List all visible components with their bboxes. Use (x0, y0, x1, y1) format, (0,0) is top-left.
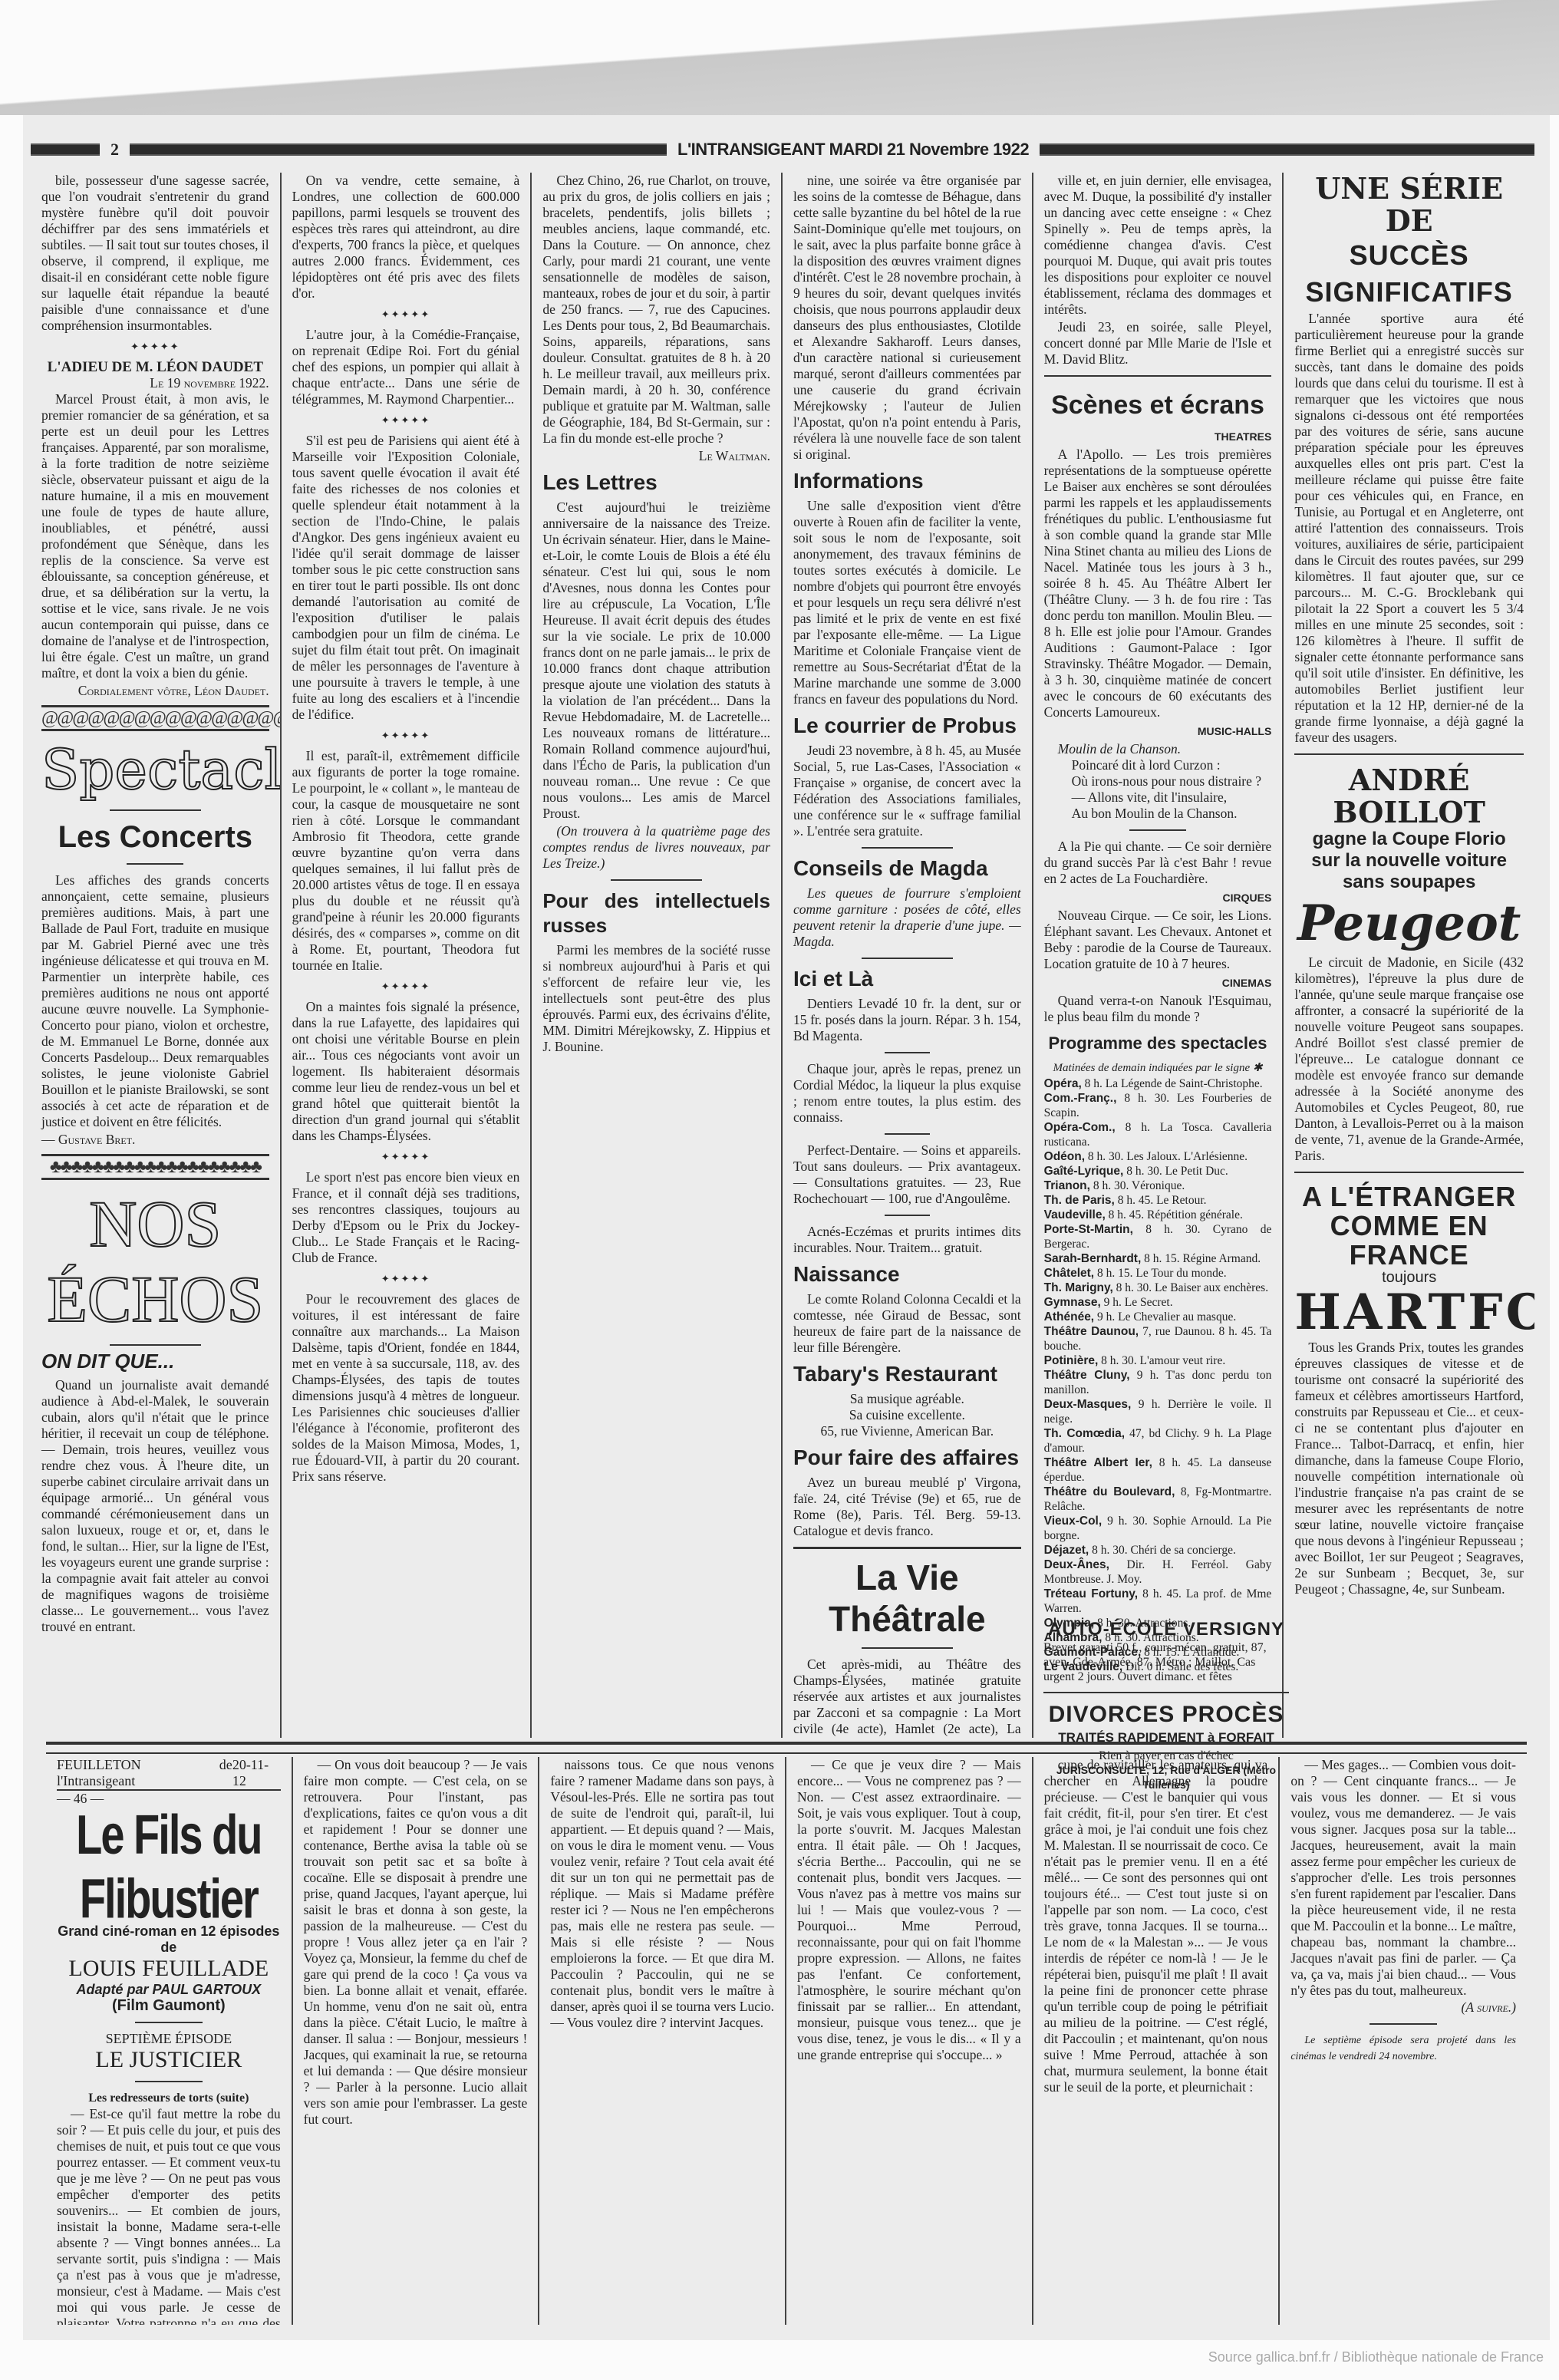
peugeot-logo: Peugeot (1294, 893, 1524, 954)
article-text: A la Pie qui chante. — Ce soir dernière … (1044, 839, 1272, 887)
separator: ✦✦✦✦✦ (292, 1271, 520, 1287)
ad-headline: DIVORCES PROCÈS (1043, 1703, 1289, 1727)
column-5: ville et, en juin dernier, elle envisage… (1033, 173, 1284, 1738)
venue-name: Théâtre du Boulevard, (1044, 1485, 1175, 1498)
to-be-continued: (A suivre.) (1290, 1999, 1516, 2016)
masthead-title: L'INTRANSIGEANT MARDI 21 Novembre 1922 (677, 140, 1029, 160)
serial-author: LOUIS FEUILLADE (57, 1956, 281, 1982)
divider (1129, 829, 1186, 831)
section-title-vie-theatrale: La Vie Théâtrale (793, 1557, 1021, 1640)
article-text: Nouveau Cirque. — Ce soir, les Lions. Él… (1044, 908, 1272, 972)
ornament-rule: @@@@@@@@@@@@@@@@ (41, 705, 269, 731)
venue-detail: 8 h. 15. Régine Armand. (1144, 1252, 1261, 1265)
serial-text: naissons tous. Ce que nous venons faire … (550, 1757, 774, 2031)
category-label: CIRQUES (1044, 890, 1272, 906)
venue-name: Gymnase, (1044, 1296, 1101, 1309)
venue-name: Gaîté-Lyrique, (1044, 1165, 1124, 1178)
subsection-title: ON DIT QUE... (41, 1353, 269, 1370)
main-columns: bile, possesseur d'une sagesse sacrée, q… (31, 173, 1534, 1738)
programme-listing: Deux-Ânes, Dir. H. Ferréol. Gaby Montbre… (1044, 1558, 1272, 1587)
article-text: Parmi les membres de la société russe si… (542, 942, 770, 1055)
article-text: ville et, en juin dernier, elle envisage… (1044, 173, 1272, 318)
venue-detail: 8 h. 30. Véronique. (1093, 1179, 1185, 1192)
programme-listing: Théâtre du Boulevard, 8, Fg-Montmartre. … (1044, 1485, 1272, 1514)
programme-listing: Porte-St-Martin, 8 h. 30. Cyrano de Berg… (1044, 1222, 1272, 1251)
ad-text: Le circuit de Madonie, en Sicile (432 ki… (1294, 954, 1524, 1164)
column-1: bile, possesseur d'une sagesse sacrée, q… (31, 173, 282, 1738)
programme-listing: Trianon, 8 h. 30. Véronique. (1044, 1178, 1272, 1193)
article-text: Le comte Roland Colonna Cecaldi et la co… (793, 1291, 1021, 1356)
article-text: Jeudi 23 novembre, à 8 h. 45, au Musée S… (793, 743, 1021, 839)
verse-line: — Allons vite, dit l'insulaire, (1044, 789, 1272, 806)
divider (1294, 1172, 1524, 1178)
venue-name: Opéra, (1044, 1077, 1082, 1090)
section-title-intellectuels: Pour des intellectuels russes (542, 888, 770, 938)
article-text: bile, possesseur d'une sagesse sacrée, q… (41, 173, 269, 334)
divider (1043, 1692, 1289, 1698)
serial-text: cupe de ravitailler les amateurs, qui va… (1044, 1757, 1268, 2095)
programme-listing: Th. Marigny, 8 h. 30. Le Baiser aux ench… (1044, 1281, 1272, 1295)
programme-listing: Th. Comœdia, 47, bd Clichy. 9 h. La Plag… (1044, 1426, 1272, 1455)
programme-listing: Com.-Franç., 8 h. 30. Les Fourberies de … (1044, 1091, 1272, 1120)
ad-text: Brevet garanti 50 f., cours mécan. gratu… (1043, 1640, 1289, 1684)
divider (1044, 375, 1272, 377)
divider (135, 2022, 202, 2023)
section-heading: L'ADIEU DE M. LÉON DAUDET (41, 359, 269, 375)
divider (885, 1133, 930, 1135)
ad-subline: sur la nouvelle voiture sans soupapes (1294, 850, 1524, 893)
masthead-rule (130, 143, 667, 156)
section-title-affaires: Pour faire des affaires (793, 1445, 1021, 1470)
programme-listing: Châtelet, 8 h. 15. Le Tour du monde. (1044, 1266, 1272, 1281)
venue-name: Déjazet, (1044, 1544, 1089, 1557)
ad-text: L'année sportive aura été particulièreme… (1294, 311, 1524, 746)
verse-line: Au bon Moulin de la Chanson. (1044, 806, 1272, 822)
masthead-rule (1040, 143, 1534, 156)
divider (110, 809, 201, 811)
programme-listing: Opéra-Com., 8 h. La Tosca. Cavalleria ru… (1044, 1120, 1272, 1149)
ad-headline: COMME EN FRANCE (1294, 1211, 1524, 1270)
divider (862, 847, 953, 849)
note: (On trouvera à la quatrième page des com… (542, 823, 770, 872)
article-text: Jeudi 23, en soirée, salle Pleyel, conce… (1044, 319, 1272, 368)
ad-headline: SUCCÈS SIGNIFICATIFS (1294, 237, 1524, 311)
chapter-title: Les redresseurs de torts (suite) (57, 2090, 281, 2106)
separator: ✦✦✦✦✦ (292, 727, 520, 743)
article-text: Quand verra-t-on Nanouk l'Esquimau, le p… (1044, 993, 1272, 1025)
venue-name: Odéon, (1044, 1150, 1085, 1163)
venue-detail: 8 h. La Légende de Saint-Christophe. (1085, 1077, 1263, 1090)
programme-listing: Théâtre Daunou, 7, rue Daunou. 8 h. 45. … (1044, 1324, 1272, 1353)
venue-detail: 9 h. Le Secret. (1104, 1296, 1173, 1309)
venue-name: Châtelet, (1044, 1267, 1094, 1280)
divider (885, 1215, 930, 1216)
venue-detail: 8 h. 30. Les Jaloux. L'Arlésienne. (1088, 1150, 1248, 1163)
verse-line: Où irons-nous pour nous distraire ? (1044, 773, 1272, 789)
venue-detail: 8 h. 45. Répétition générale. (1109, 1208, 1243, 1221)
venue-detail: 8 h. 30. Le Baiser aux enchères. (1116, 1281, 1268, 1294)
classified-item: Chaque jour, après le repas, prenez un C… (793, 1061, 1021, 1126)
serial-adapter: Adapté par PAUL GARTOUX (57, 1982, 281, 1998)
feuilleton-label: FEUILLETON de l'Intransigeant (57, 1757, 232, 1789)
section-title-naissance: Naissance (793, 1262, 1021, 1287)
venue-name: Deux-Ânes, (1044, 1558, 1109, 1571)
venue-name: Th. Marigny, (1044, 1281, 1113, 1294)
serial-text: — Ce que je veux dire ? — Mais encore...… (797, 1757, 1021, 2063)
serial-note: Le septième épisode sera projeté dans le… (1290, 2032, 1516, 2065)
feuilleton-header: FEUILLETON de l'Intransigeant 20-11-12 (57, 1757, 281, 1791)
separator: ✦✦✦✦✦ (292, 412, 520, 428)
classified-item: Dentiers Levadé 10 fr. la dent, sur or 1… (793, 996, 1021, 1044)
separator: ✦✦✦✦✦ (292, 978, 520, 994)
venue-name: Athénée, (1044, 1310, 1094, 1324)
venue-detail: 8 h. 30. L'amour veut rire. (1101, 1354, 1225, 1367)
venue-name: Opéra-Com., (1044, 1121, 1116, 1134)
serial-film: (Film Gaumont) (57, 1998, 281, 2014)
venue-detail: 8 h. 30. Le Petit Duc. (1126, 1165, 1228, 1178)
episode-label: SEPTIÈME ÉPISODE (57, 2031, 281, 2047)
feuilleton: FEUILLETON de l'Intransigeant 20-11-12 —… (46, 1757, 1527, 2325)
scan-margin (0, 0, 1559, 115)
programme-listing: Vaudeville, 8 h. 45. Répétition générale… (1044, 1208, 1272, 1222)
programme-listing: Tréteau Fortuny, 8 h. 45. La prof. de Mm… (1044, 1587, 1272, 1616)
programme-note: Matinées de demain indiquées par le sign… (1044, 1060, 1272, 1076)
programme-listing: Déjazet, 8 h. 30. Chéri de sa concierge. (1044, 1543, 1272, 1558)
section-title-programme: Programme des spectacles (1044, 1031, 1272, 1056)
feuilleton-column-5: cupe de ravitailler les amateurs, qui va… (1033, 1757, 1280, 2325)
article-text: nine, une soirée va être organisée par l… (793, 173, 1021, 463)
divider (135, 2081, 202, 2082)
programme-listing: Gymnase, 9 h. Le Secret. (1044, 1295, 1272, 1310)
venue-name: Trianon, (1044, 1179, 1090, 1192)
divider (611, 879, 702, 881)
signature: — Gustave Bret. (41, 1132, 269, 1148)
column-3: Chez Chino, 26, rue Charlot, on trouve, … (532, 173, 783, 1738)
ornament-rule: ♣♣♣♣♣♣♣♣♣♣♣♣♣♣♣♣♣♣♣♣ (41, 1154, 269, 1180)
category-label: MUSIC-HALLS (1044, 724, 1272, 740)
echo-item: L'autre jour, à la Comédie-Française, on… (292, 327, 520, 407)
ad-subline: gagne la Coupe Florio (1294, 829, 1524, 850)
echo-item: Le sport n'est pas encore bien vieux en … (292, 1169, 520, 1266)
serial-title: Le Fils du Flibustier (57, 1803, 281, 1930)
echo-item: On va vendre, cette semaine, à Londres, … (292, 173, 520, 302)
echo-item: Il est, paraît-il, extrêmement difficile… (292, 748, 520, 974)
venue-name: Moulin de la Chanson. (1044, 741, 1272, 757)
ad-headline: ANDRÉ BOILLOT (1294, 764, 1524, 829)
divider (862, 958, 953, 959)
separator: ✦✦✦✦✦ (292, 1149, 520, 1165)
article-text: Marcel Proust était, à mon avis, le prem… (41, 391, 269, 681)
signature: Le Waltman. (542, 448, 770, 464)
section-title-informations: Informations (793, 469, 1021, 493)
echo-item: On a maintes fois signalé la présence, d… (292, 999, 520, 1144)
echo-item: S'il est peu de Parisiens qui aient été … (292, 433, 520, 723)
serial-text: — Mes gages... — Combien vous doit-on ? … (1290, 1757, 1516, 1999)
section-title-probus: Le courrier de Probus (793, 714, 1021, 738)
column-4: nine, une soirée va être organisée par l… (783, 173, 1033, 1738)
programme-listing: Gaîté-Lyrique, 8 h. 30. Le Petit Duc. (1044, 1164, 1272, 1178)
divider (862, 1647, 953, 1649)
ad-line: 65, rue Vivienne, American Bar. (793, 1423, 1021, 1439)
ad-headline: A L'ÉTRANGER (1294, 1182, 1524, 1211)
venue-name: Tréteau Fortuny, (1044, 1587, 1138, 1600)
article-text: Quand un journaliste avait demandé audie… (41, 1377, 269, 1635)
serial-text: — On vous doit beaucoup ? — Je vais fair… (304, 1757, 528, 2128)
venue-name: Sarah-Bernhardt, (1044, 1252, 1142, 1265)
serial-text: — Est-ce qu'il faut mettre la robe du so… (57, 2106, 281, 2325)
section-title-ici-la: Ici et Là (793, 967, 1021, 991)
venue-name: Vaudeville, (1044, 1208, 1106, 1221)
page-number: 2 (110, 140, 119, 160)
programme-listing: Potinière, 8 h. 30. L'amour veut rire. (1044, 1353, 1272, 1368)
article-text: A l'Apollo. — Les trois premières représ… (1044, 447, 1272, 720)
category-label: THEATRES (1044, 429, 1272, 445)
section-title-lettres: Les Lettres (542, 470, 770, 495)
venue-name: Potinière, (1044, 1354, 1099, 1367)
section-title-concerts: Les Concerts (41, 819, 269, 855)
article-text: Les queues de fourrure s'emploient comme… (793, 885, 1021, 950)
hartford-logo: HARTFORD (1294, 1286, 1524, 1340)
venue-name: Théâtre Daunou, (1044, 1325, 1139, 1338)
venue-detail: 8 h. 15. Le Tour du monde. (1097, 1267, 1227, 1280)
article-text: Cet après-midi, au Théâtre des Champs-Él… (793, 1656, 1021, 1738)
section-title-magda: Conseils de Magda (793, 856, 1021, 881)
dateline: Le 19 novembre 1922. (41, 375, 269, 391)
classified-item: Acnés-Eczémas et prurits intimes dits in… (793, 1224, 1021, 1256)
article-text: Avez un bureau meublé p' Virgona, faïe. … (793, 1475, 1021, 1539)
ad-headline: UNE SÉRIE DE (1294, 173, 1524, 237)
category-label: CINEMAS (1044, 975, 1272, 991)
section-title-echos: NOS ÉCHOS (41, 1186, 269, 1337)
programme-listing: Odéon, 8 h. 30. Les Jaloux. L'Arlésienne… (1044, 1149, 1272, 1164)
feuilleton-column-2: — On vous doit beaucoup ? — Je vais fair… (293, 1757, 540, 2325)
article-text: Une salle d'exposition vient d'être ouve… (793, 498, 1021, 707)
article-text: Les affiches des grands concerts annonça… (41, 872, 269, 1130)
divider (110, 1344, 201, 1346)
venue-detail: 9 h. Le Chevalier au masque. (1097, 1310, 1236, 1324)
ad-text: Tous les Grands Prix, toutes les grandes… (1294, 1340, 1524, 1597)
divider (1369, 2023, 1437, 2025)
venue-detail: 8 h. 30. Chéri de sa concierge. (1092, 1544, 1236, 1557)
divider (793, 1547, 1021, 1549)
article-text: C'est aujourd'hui le treizième anniversa… (542, 499, 770, 822)
programme-listing: Th. de Paris, 8 h. 45. Le Retour. (1044, 1193, 1272, 1208)
programme-listing: Théâtre Albert Ier, 8 h. 45. La danseuse… (1044, 1455, 1272, 1485)
ad-line: Sa musique agréable. (793, 1391, 1021, 1407)
signature: Cordialement vôtre, Léon Daudet. (41, 683, 269, 699)
source-credit: Source gallica.bnf.fr / Bibliothèque nat… (1208, 2349, 1544, 2365)
venue-name: Com.-Franç., (1044, 1092, 1117, 1105)
echo-item: Pour le recouvrement des glaces de voitu… (292, 1291, 520, 1485)
column-6: UNE SÉRIE DE SUCCÈS SIGNIFICATIFS L'anné… (1284, 173, 1534, 1738)
programme-listing: Sarah-Bernhardt, 8 h. 15. Régine Armand. (1044, 1251, 1272, 1266)
masthead: 2 L'INTRANSIGEANT MARDI 21 Novembre 1922 (31, 138, 1534, 161)
programme-listing: Deux-Masques, 9 h. Derrière le voile. Il… (1044, 1397, 1272, 1426)
feuilleton-column-4: — Ce que je veux dire ? — Mais encore...… (786, 1757, 1033, 2325)
venue-name: Deux-Masques, (1044, 1398, 1132, 1411)
programme-listing: Théâtre Cluny, 9 h. T'as donc perdu ton … (1044, 1368, 1272, 1397)
section-title-scenes: Scènes et écrans (1044, 384, 1272, 426)
divider (885, 1052, 930, 1053)
feuilleton-column-3: naissons tous. Ce que nous venons faire … (539, 1757, 786, 2325)
programme-listing: Opéra, 8 h. La Légende de Saint-Christop… (1044, 1076, 1272, 1091)
ad-headline: AUTO-ÉCOLE VERSIGNY (1043, 1619, 1289, 1640)
venue-name: Th. Comœdia, (1044, 1427, 1125, 1440)
separator: ✦✦✦✦✦ (41, 338, 269, 354)
divider (1294, 753, 1524, 760)
divider (127, 863, 183, 865)
feuilleton-rule (46, 1742, 1527, 1754)
separator: ✦✦✦✦✦ (292, 306, 520, 322)
masthead-rule (31, 143, 100, 156)
venue-detail: 8 h. 45. Le Retour. (1118, 1194, 1207, 1207)
venue-name: Porte-St-Martin, (1044, 1223, 1133, 1236)
section-title-spectacles: Spectacles (41, 737, 269, 802)
column-2: On va vendre, cette semaine, à Londres, … (282, 173, 532, 1738)
venue-name: Th. de Paris, (1044, 1194, 1115, 1207)
feuilleton-date: 20-11-12 (232, 1757, 281, 1789)
programme-listing: Vieux-Col, 9 h. 30. Sophie Arnould. La P… (1044, 1514, 1272, 1543)
venue-name: Théâtre Cluny, (1044, 1369, 1130, 1382)
echo-item: Chez Chino, 26, rue Charlot, on trouve, … (542, 173, 770, 447)
ad-line: Sa cuisine excellente. (793, 1407, 1021, 1423)
section-title-tabary: Tabary's Restaurant (793, 1362, 1021, 1386)
verse-line: Poincaré dit à lord Curzon : (1044, 757, 1272, 773)
episode-title: LE JUSTICIER (57, 2047, 281, 2073)
feuilleton-column-1: FEUILLETON de l'Intransigeant 20-11-12 —… (46, 1757, 293, 2325)
classified-item: Perfect-Dentaire. — Soins et appareils. … (793, 1142, 1021, 1207)
venue-name: Vieux-Col, (1044, 1515, 1103, 1528)
venue-name: Théâtre Albert Ier, (1044, 1456, 1152, 1469)
programme-listings: Opéra, 8 h. La Légende de Saint-Christop… (1044, 1076, 1272, 1674)
feuilleton-column-6: — Mes gages... — Combien vous doit-on ? … (1280, 1757, 1527, 2325)
programme-listing: Athénée, 9 h. Le Chevalier au masque. (1044, 1310, 1272, 1324)
